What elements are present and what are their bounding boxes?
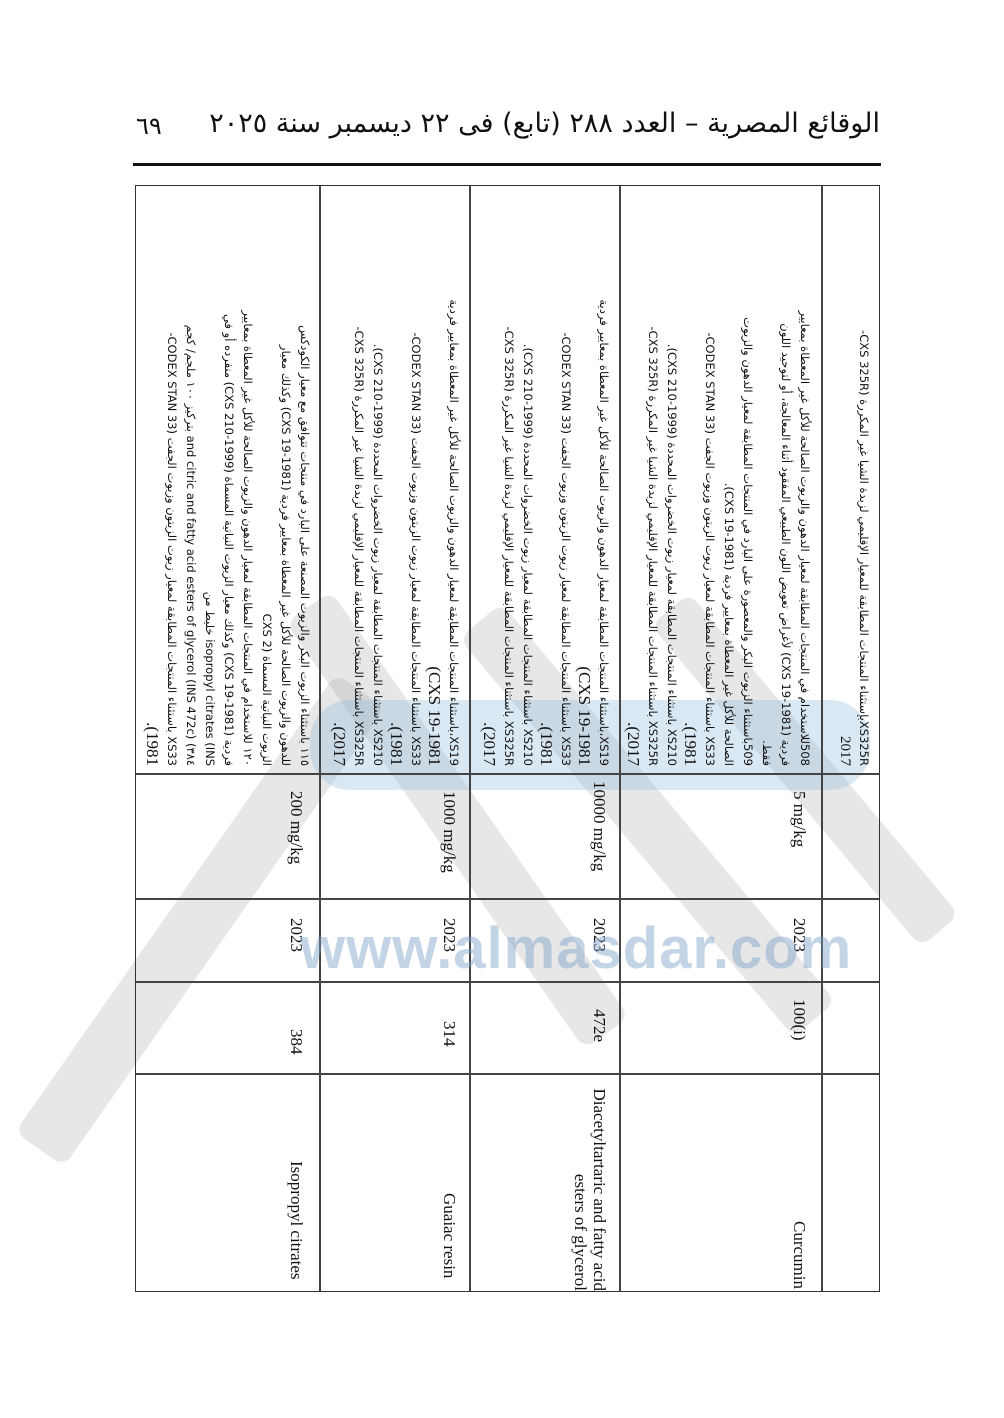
header-rule: [133, 163, 881, 166]
notes-guaiac-resin: XS19،باستثناء المنتجات المطابقة لمعيار ا…: [330, 196, 463, 766]
notes-curcumin: 508للاستخدام في المنتجات المطابقة لمعيار…: [624, 196, 814, 766]
gazette-title: الوقائع المصرية – العدد ٢٨٨ (تابع) فى ٢٢…: [209, 108, 880, 139]
name-guaiac-resin: Guaiac resin: [319, 1073, 469, 1293]
page-number: ٦٩: [136, 112, 162, 140]
notes-diacetyltartaric: XS19،باستثناء المنتجات المطابقة لمعيار ا…: [480, 196, 613, 766]
notes-cell-curcumin: 508للاستخدام في المنتجات المطابقة لمعيار…: [619, 186, 821, 773]
additives-table: XS325Rبإستثناء المنتجات المطابقة للمعيار…: [135, 185, 880, 1292]
notes-cell-isopropyl-citrates: ١١٥ باستثناء الزيوت البكر والزيوت المصنع…: [136, 186, 319, 773]
ins-guaiac-resin: 314: [319, 981, 469, 1073]
max-level-curcumin: 5 mg/kg: [619, 773, 821, 898]
continuation-notes: XS325Rبإستثناء المنتجات المطابقة للمعيار…: [835, 196, 873, 766]
ins-isopropyl-citrates: 384: [136, 981, 319, 1073]
name-isopropyl-citrates: Isopropyl citrates: [136, 1073, 319, 1293]
max-level-isopropyl-citrates: 200 mg/kg: [136, 773, 319, 898]
notes-isopropyl-citrates: ١١٥ باستثناء الزيوت البكر والزيوت المصنع…: [143, 196, 314, 766]
year-guaiac-resin: 2023: [319, 898, 469, 981]
name-diacetyltartaric: Diacetyltartaric and fatty acid esters o…: [469, 1073, 619, 1293]
notes-cell-diacetyltartaric: XS19،باستثناء المنتجات المطابقة لمعيار ا…: [469, 186, 619, 773]
notes-cell-guaiac-resin: XS19،باستثناء المنتجات المطابقة لمعيار ا…: [319, 186, 469, 773]
continuation-notes-cell: XS325Rبإستثناء المنتجات المطابقة للمعيار…: [821, 186, 881, 773]
max-level-guaiac-resin: 1000 mg/kg: [319, 773, 469, 898]
ins-diacetyltartaric: 472e: [469, 981, 619, 1073]
max-level-diacetyltartaric: 10000 mg/kg: [469, 773, 619, 898]
page-header: ٦٩ الوقائع المصرية – العدد ٢٨٨ (تابع) فى…: [130, 108, 880, 158]
year-curcumin: 2023: [619, 898, 821, 981]
ins-curcumin: 100(i): [619, 981, 821, 1073]
year-isopropyl-citrates: 2023: [136, 898, 319, 981]
name-curcumin: Curcumin: [619, 1073, 821, 1293]
year-diacetyltartaric: 2023: [469, 898, 619, 981]
